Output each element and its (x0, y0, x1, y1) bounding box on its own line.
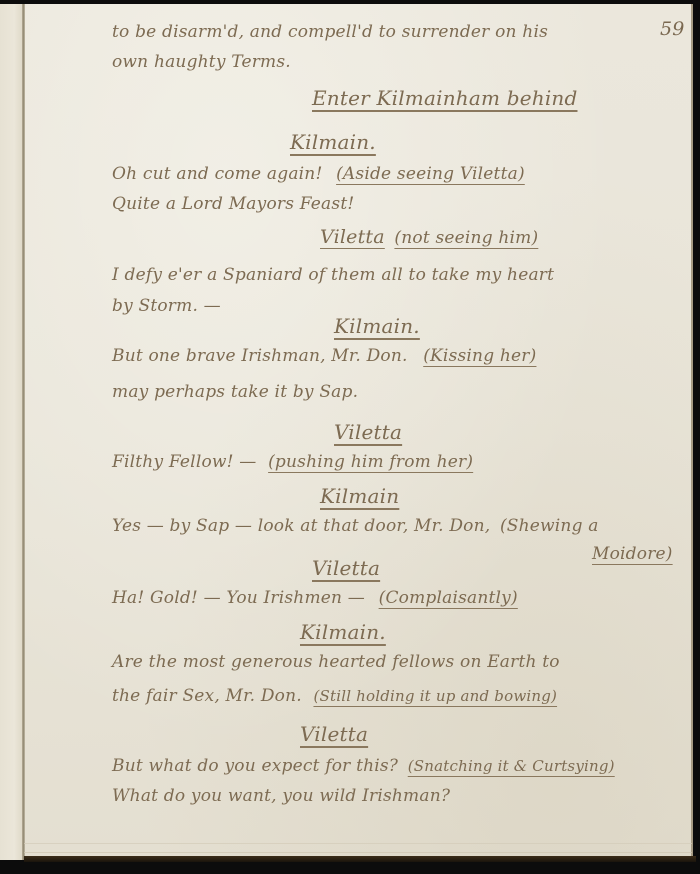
dialogue-line: own haughty Terms. (112, 52, 291, 72)
dialogue-text: But one brave Irishman, Mr. Don. (112, 346, 408, 366)
dialogue-text: Yes — by Sap — look at that door, Mr. Do… (112, 516, 490, 536)
stage-direction: (pushing him from her) (268, 452, 473, 472)
speaker-name: Kilmain. (290, 130, 376, 154)
page-number: 59 (660, 18, 685, 40)
speaker-name: Kilmain (320, 484, 399, 508)
dialogue-text: Oh cut and come again! (112, 164, 322, 184)
dialogue-line: But what do you expect for this? (Snatch… (112, 756, 615, 776)
dialogue-line: What do you want, you wild Irishman? (112, 786, 450, 806)
speaker-name: Kilmain. (300, 620, 386, 644)
dialogue-line: may perhaps take it by Sap. (112, 382, 358, 402)
stage-direction-continued: Moidore) (592, 544, 673, 564)
stage-direction: (Snatching it & Curtsying) (408, 757, 615, 775)
dialogue-line: But one brave Irishman, Mr. Don. (Kissin… (112, 346, 536, 366)
stage-direction: (Aside seeing Viletta) (336, 164, 525, 184)
dialogue-line: to be disarm'd, and compell'd to surrend… (112, 22, 548, 42)
speaker-name: Viletta (334, 420, 402, 444)
speaker-name: Viletta (320, 226, 385, 248)
dialogue-line: Yes — by Sap — look at that door, Mr. Do… (112, 516, 599, 536)
stage-direction-enter: Enter Kilmainham behind (312, 86, 578, 110)
dialogue-line: the fair Sex, Mr. Don. (Still holding it… (112, 686, 557, 706)
dialogue-text: the fair Sex, Mr. Don. (112, 686, 302, 706)
speaker-name: Viletta (300, 722, 368, 746)
dialogue-line: I defy e'er a Spaniard of them all to ta… (112, 265, 554, 285)
dialogue-line: Are the most generous hearted fellows on… (112, 652, 560, 672)
handwritten-text: 59 to be disarm'd, and compell'd to surr… (0, 0, 700, 874)
dialogue-line: Quite a Lord Mayors Feast! (112, 194, 354, 214)
dialogue-text: Filthy Fellow! — (112, 452, 256, 472)
dialogue-line: by Storm. — (112, 296, 221, 316)
dialogue-text: But what do you expect for this? (112, 756, 398, 776)
stage-direction: (Shewing a (500, 516, 599, 536)
stage-direction: (Still holding it up and bowing) (313, 687, 557, 705)
stage-direction: (Complaisantly) (379, 588, 518, 608)
dialogue-line: Oh cut and come again! (Aside seeing Vil… (112, 164, 525, 184)
scanned-manuscript-page: 59 to be disarm'd, and compell'd to surr… (0, 0, 700, 874)
dialogue-line: Ha! Gold! — You Irishmen — (Complaisantl… (112, 588, 518, 608)
dialogue-line: Filthy Fellow! — (pushing him from her) (112, 452, 473, 472)
speaker-name: Kilmain. (334, 314, 420, 338)
dialogue-text: Ha! Gold! — You Irishmen — (112, 588, 365, 608)
speaker-line: Viletta (not seeing him) (320, 226, 538, 248)
speaker-name: Viletta (312, 556, 380, 580)
stage-direction: (Kissing her) (423, 346, 536, 366)
stage-direction: (not seeing him) (394, 228, 538, 248)
